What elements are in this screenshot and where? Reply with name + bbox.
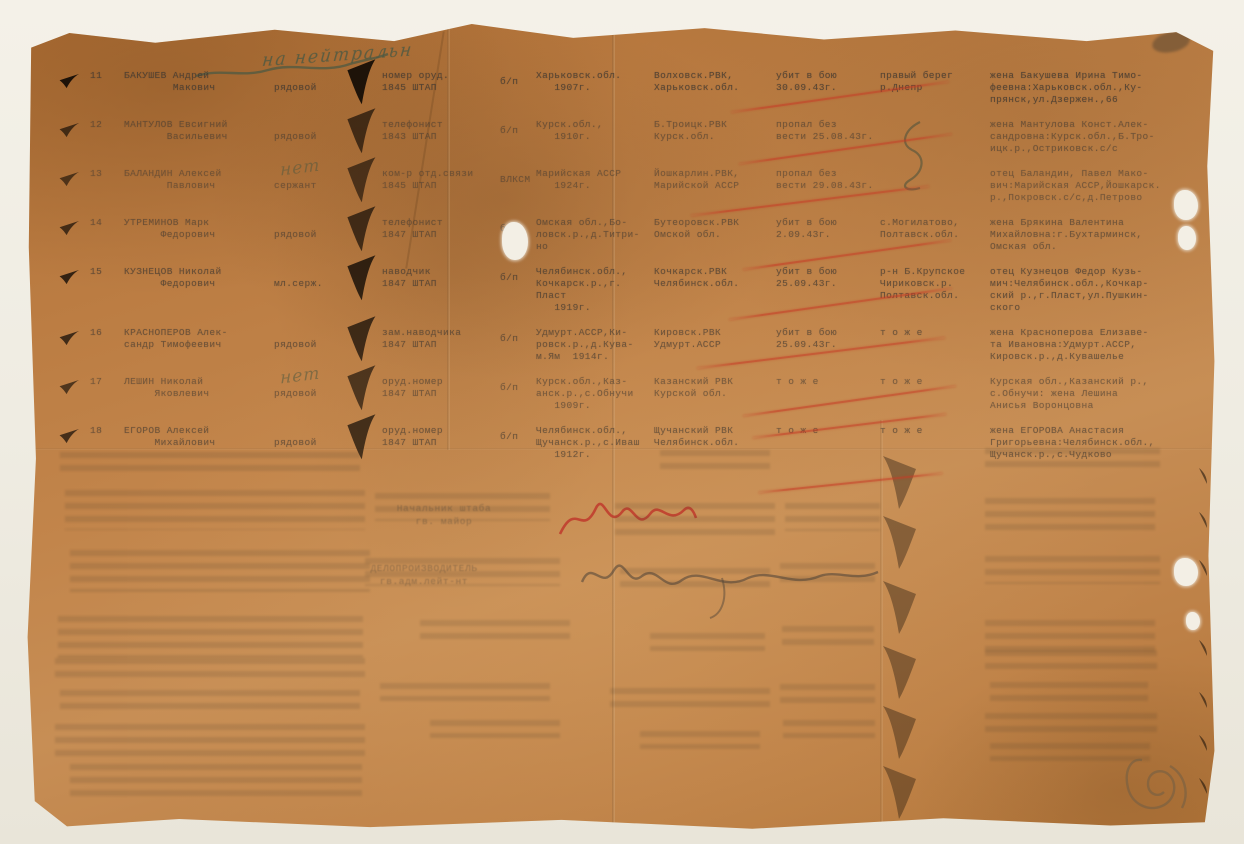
bleed-through-checkmark [880, 513, 920, 575]
fate-cell: т о ж е [776, 376, 880, 388]
checkmark-icon [58, 170, 80, 188]
row-number: 12 [90, 119, 124, 131]
ghost-text-block [650, 633, 765, 651]
name-cell: КРАСНОПЕРОВ Алек- сандр Тимофеевич [124, 327, 274, 351]
name-cell: МАНТУЛОВ Евсигний Васильевич [124, 119, 274, 143]
duty-cell: зам.наводчика 1847 ШТАП [382, 327, 500, 351]
fate-cell: убит в бою 25.09.43г. [776, 266, 880, 290]
ghost-text-block [430, 720, 560, 738]
rank-cell: рядовой [274, 327, 338, 351]
bleed-through-checkmark [880, 763, 920, 825]
ghost-text-block [65, 490, 365, 530]
ghost-text-block [365, 558, 560, 586]
party-cell: ВЛКСМ [500, 168, 536, 186]
checkmark-icon [58, 72, 80, 90]
party-cell: б/п [500, 425, 536, 443]
ghost-text-block [70, 764, 362, 796]
birthplace-cell: Марийская АССР 1924г. [536, 168, 654, 192]
rvk-cell: Бутеоровск.РВК Омской обл. [654, 217, 776, 241]
family-cell: жена Красноперова Елизаве- та Ивановна:У… [990, 327, 1200, 363]
ghost-text-block [990, 682, 1148, 702]
fate-cell: пропал без вести 29.08.43г. [776, 168, 880, 192]
rank-cell: рядовой [274, 119, 338, 143]
table-row: 16 КРАСНОПЕРОВ Алек- сандр Тимофеевич ря… [62, 327, 1200, 363]
row-number: 16 [90, 327, 124, 339]
ghost-text-block [58, 616, 363, 658]
birthplace-cell: Харьковск.обл. 1907г. [536, 70, 654, 94]
ghost-text-block [782, 626, 874, 646]
duty-cell: ком-р отд.связи 1845 ШТАП [382, 168, 500, 192]
ink-smudge [1151, 29, 1191, 54]
burial-place-cell: с.Могилатово, Полтавск.обл. [880, 217, 990, 241]
ghost-text-block [620, 568, 770, 592]
name-cell: ЕГОРОВ Алексей Михайлович [124, 425, 274, 449]
ghost-text-block [55, 658, 365, 680]
ghost-text-block [70, 550, 370, 592]
fate-cell: убит в бою 2.09.43г. [776, 217, 880, 241]
party-cell: б/п [500, 119, 536, 137]
ghost-text-block [615, 503, 775, 537]
birthplace-cell: Омская обл.,Бо- ловск.р.,д.Титри- но [536, 217, 654, 253]
bleed-through-checkmark [880, 453, 920, 515]
ghost-text-block [640, 731, 760, 749]
ghost-text-block [985, 448, 1160, 468]
family-cell: жена Бакушева Ирина Тимо- феевна:Харьков… [990, 70, 1200, 106]
ghost-text-block [380, 683, 550, 701]
rvk-cell: Йошкарлин.РВК, Марийской АССР [654, 168, 776, 192]
party-cell: б/п [500, 327, 536, 345]
party-cell: б/п [500, 376, 536, 394]
party-cell: б/п [500, 70, 536, 88]
rank-cell: рядовой [274, 425, 338, 449]
paper-damage-spot [1174, 190, 1198, 220]
birthplace-cell: Челябинск.обл., Кочкарск.р.,г. Пласт 191… [536, 266, 654, 314]
name-cell: УТРЕМИНОВ Марк Федорович [124, 217, 274, 241]
row-number: 18 [90, 425, 124, 437]
name-cell: БАКУШЕВ Андрей Макович [124, 70, 274, 94]
pen-scribble-loop [890, 118, 934, 194]
birthplace-cell: Курск.обл., 1910г. [536, 119, 654, 143]
checkmark-icon [58, 219, 80, 237]
pen-hook-mark [1196, 510, 1210, 530]
family-cell: жена Мантулова Конст.Алек- сандровна:Кур… [990, 119, 1200, 155]
family-cell: отец Кузнецов Федор Кузь- мич:Челябинск.… [990, 266, 1200, 314]
fate-cell: убит в бою 30.09.43г. [776, 70, 880, 94]
paper-damage-spot [1178, 226, 1196, 250]
checkmark-icon [58, 121, 80, 139]
name-cell: ЛЕШИН Николай Яковлевич [124, 376, 274, 400]
ghost-text-block [985, 713, 1157, 735]
rvk-cell: Б.Троицк.РВК Курск.обл. [654, 119, 776, 143]
fate-cell: пропал без вести 25.08.43г. [776, 119, 880, 143]
table-row: 14 УТРЕМИНОВ Марк Федорович рядовой теле… [62, 217, 1200, 253]
bleed-through-checkmark [880, 578, 920, 640]
party-cell: б/п [500, 266, 536, 284]
pen-hook-mark [1196, 466, 1210, 486]
birthplace-cell: Удмурт.АССР,Ки- ровск.р.,д.Кува- м.Ям 19… [536, 327, 654, 363]
pen-hook-mark [1196, 638, 1210, 658]
table-row: 15 КУЗНЕЦОВ Николай Федорович мл.серж. н… [62, 266, 1200, 314]
rank-cell: рядовой [274, 217, 338, 241]
checkmark-icon [58, 378, 80, 396]
ghost-text-block [60, 690, 360, 716]
scanned-document-page: { "document": { "kind": "typewritten cas… [0, 0, 1244, 844]
checkmark-icon [58, 268, 80, 286]
pen-hook-mark [1196, 558, 1210, 578]
row-number: 17 [90, 376, 124, 388]
ghost-text-block [985, 650, 1157, 670]
rvk-cell: Казанский РВК Курской обл. [654, 376, 776, 400]
paper-sheet: на нейтральн 11 БАКУШЕВ Андрей Макович р… [24, 20, 1218, 832]
paper-damage-spot [502, 222, 528, 260]
ghost-text-block [420, 620, 570, 640]
bleed-through-checkmark [880, 643, 920, 705]
family-cell: отец Баландин, Павел Мако- вич:Марийская… [990, 168, 1200, 204]
name-cell: КУЗНЕЦОВ Николай Федорович [124, 266, 274, 290]
ghost-text-block [785, 503, 880, 531]
table-row: 13 БАЛАНДИН Алексей Павлович сержант нет… [62, 168, 1200, 204]
duty-cell: номер оруд. 1845 ШТАП [382, 70, 500, 94]
ghost-text-block [375, 493, 550, 521]
ghost-text-block [780, 563, 875, 587]
name-cell: БАЛАНДИН Алексей Павлович [124, 168, 274, 192]
ghost-text-block [610, 688, 770, 708]
rvk-cell: Кочкарск.РВК Челябинск.обл. [654, 266, 776, 290]
duty-cell: оруд.номер 1847 ШТАП [382, 425, 500, 449]
row-number: 11 [90, 70, 124, 82]
paper-damage-spot [1186, 612, 1200, 630]
ghost-text-block [60, 452, 360, 476]
row-number: 13 [90, 168, 124, 180]
rvk-cell: Кировск.РВК Удмурт.АССР [654, 327, 776, 351]
pencil-doodle [1112, 748, 1222, 826]
checkmark-icon [58, 329, 80, 347]
burial-place-cell: т о ж е [880, 425, 990, 437]
burial-place-cell: т о ж е [880, 376, 990, 388]
table-row: 17 ЛЕШИН Николай Яковлевич рядовой нет о… [62, 376, 1200, 412]
row-number: 14 [90, 217, 124, 229]
row-number: 15 [90, 266, 124, 278]
checkmark-icon [58, 427, 80, 445]
family-cell: жена Брякина Валентина Михайловна:г.Бухт… [990, 217, 1200, 253]
table-row: 12 МАНТУЛОВ Евсигний Васильевич рядовой … [62, 119, 1200, 155]
table-row: 11 БАКУШЕВ Андрей Макович рядовой номер … [62, 70, 1200, 106]
duty-cell: телефонист 1847 ШТАП [382, 217, 500, 241]
duty-cell: наводчик 1847 ШТАП [382, 266, 500, 290]
rank-cell: рядовой [274, 70, 338, 94]
duty-cell: оруд.номер 1847 ШТАП [382, 376, 500, 400]
ghost-text-block [985, 498, 1155, 530]
duty-cell: телефонист 1843 ШТАП [382, 119, 500, 143]
birthplace-cell: Курск.обл.,Каз- анск.р.,с.Обнучи 1909г. [536, 376, 654, 412]
ghost-text-block [660, 450, 770, 470]
family-cell: Курская обл.,Казанский р., с.Обнучи: жен… [990, 376, 1200, 412]
birthplace-cell: Челябинск.обл., Щучанск.р.,с.Иваш 1912г. [536, 425, 654, 461]
pen-hook-mark [1196, 690, 1210, 710]
ghost-text-block [783, 720, 875, 738]
ghost-text-block [55, 724, 365, 762]
rank-cell: мл.серж. [274, 266, 338, 290]
bleed-through-checkmark [880, 703, 920, 765]
ghost-text-block [985, 556, 1160, 584]
rvk-cell: Волховск.РВК, Харьковск.обл. [654, 70, 776, 94]
ghost-text-block [780, 684, 875, 704]
paper-damage-spot [1174, 558, 1198, 586]
casualty-table: 11 БАКУШЕВ Андрей Макович рядовой номер … [62, 70, 1200, 474]
pen-checkmark-icon [344, 250, 378, 308]
